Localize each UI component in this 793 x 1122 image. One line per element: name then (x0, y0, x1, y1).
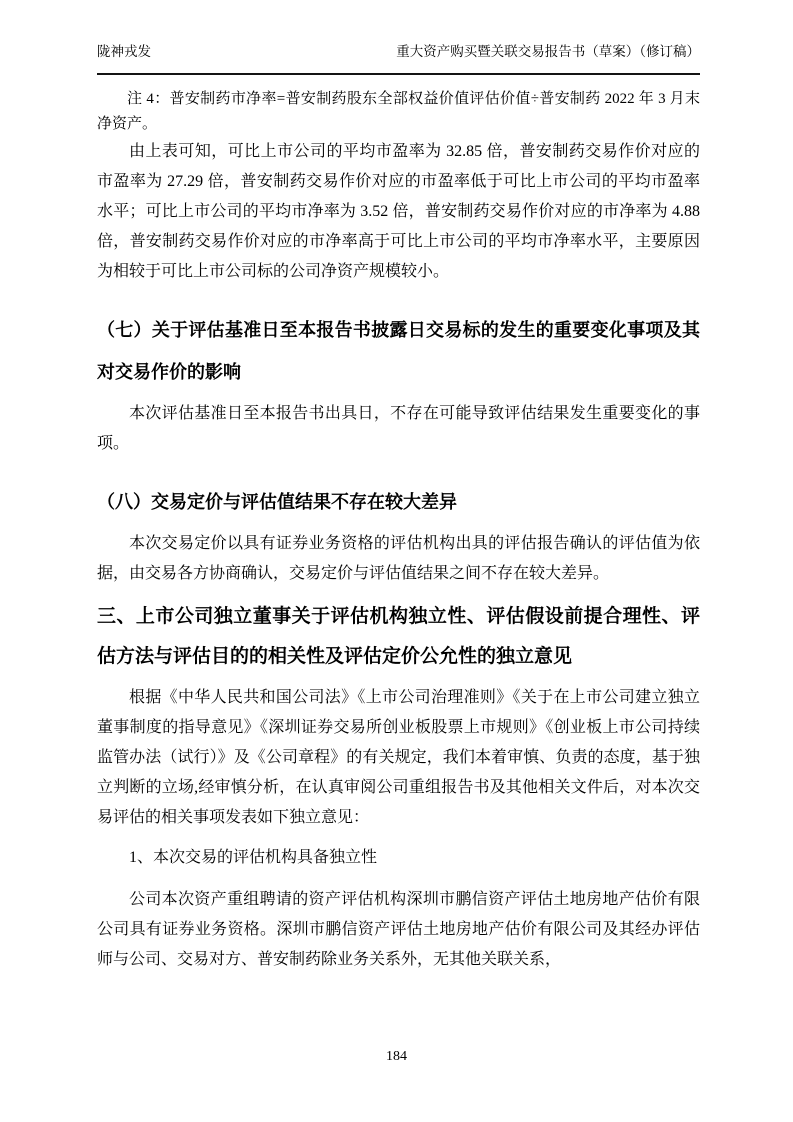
header-company-short-name: 陇神戎发 (97, 42, 151, 62)
paragraph-no-material-changes: 本次评估基准日至本报告书出具日，不存在可能导致评估结果发生重要变化的事项。 (97, 399, 700, 459)
section-heading-8-no-major-difference: （八）交易定价与评估值结果不存在较大差异 (97, 481, 700, 523)
paragraph-pe-pb-comparison: 由上表可知，可比上市公司的平均市盈率为 32.85 倍，普安制药交易作价对应的市… (97, 137, 700, 287)
subheading-1-appraiser-independence: 1、本次交易的评估机构具备独立性 (97, 843, 700, 873)
page-number: 184 (0, 1048, 793, 1066)
note-4-valuation-formula: 注 4：普安制药市净率=普安制药股东全部权益价值评估价值÷普安制药 2022 年… (97, 87, 700, 137)
paragraph-pricing-basis: 本次交易定价以具有证券业务资格的评估机构出具的评估报告确认的评估值为依据，由交易… (97, 529, 700, 589)
page-header: 陇神戎发 重大资产购买暨关联交易报告书（草案）（修订稿） (97, 42, 700, 75)
section-heading-7-material-changes: （七）关于评估基准日至本报告书披露日交易标的发生的重要变化事项及其对交易作价的影… (97, 309, 700, 393)
paragraph-legal-basis: 根据《中华人民共和国公司法》《上市公司治理准则》《关于在上市公司建立独立董事制度… (97, 683, 700, 833)
document-page: 陇神戎发 重大资产购买暨关联交易报告书（草案）（修订稿） 注 4：普安制药市净率… (0, 0, 793, 1122)
paragraph-appraiser-independence-detail: 公司本次资产重组聘请的资产评估机构深圳市鹏信资产评估土地房地产估价有限公司具有证… (97, 885, 700, 975)
header-report-title: 重大资产购买暨关联交易报告书（草案）（修订稿） (396, 42, 700, 62)
section-heading-3-independent-directors-opinion: 三、上市公司独立董事关于评估机构独立性、评估假设前提合理性、评估方法与评估目的的… (97, 597, 700, 677)
